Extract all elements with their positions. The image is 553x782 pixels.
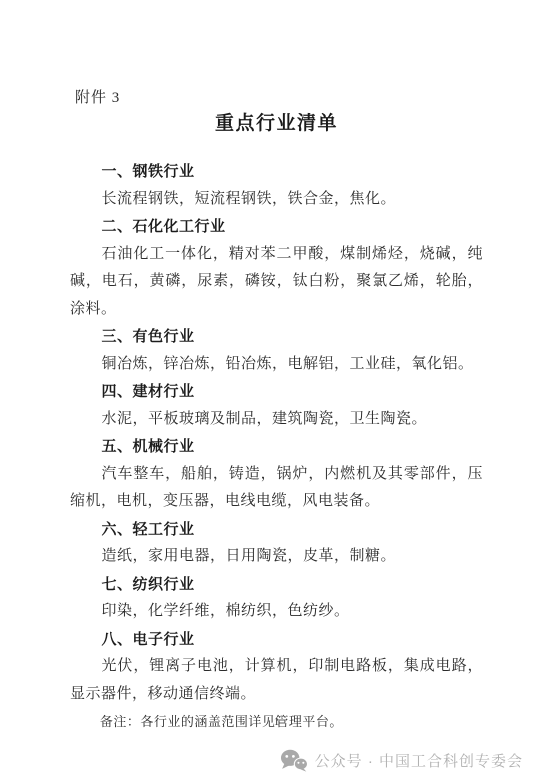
section-heading: 八、电子行业 bbox=[70, 626, 483, 654]
industry-section: 二、石化化工行业 石油化工一体化，精对苯二甲酸，煤制烯烃，烧碱，纯碱，电石，黄磷… bbox=[70, 213, 483, 323]
section-heading: 四、建材行业 bbox=[70, 378, 483, 406]
section-body: 铜冶炼，锌冶炼，铅冶炼，电解铝，工业硅，氧化铝。 bbox=[70, 351, 483, 379]
industry-section: 六、轻工行业 造纸，家用电器，日用陶瓷，皮革，制糖。 bbox=[70, 516, 483, 571]
wechat-icon bbox=[280, 749, 308, 772]
industry-section: 四、建材行业 水泥，平板玻璃及制品，建筑陶瓷，卫生陶瓷。 bbox=[70, 378, 483, 433]
watermark: 公众号 · 中国工合科创专委会 bbox=[280, 749, 523, 772]
section-body: 石油化工一体化，精对苯二甲酸，煤制烯烃，烧碱，纯碱，电石，黄磷，尿素，磷铵，钛白… bbox=[70, 241, 483, 324]
document-body: 一、钢铁行业 长流程钢铁，短流程钢铁，铁合金，焦化。 二、石化化工行业 石油化工… bbox=[70, 158, 483, 736]
attachment-label: 附件 3 bbox=[75, 86, 120, 107]
industry-section: 八、电子行业 光伏，锂离子电池，计算机，印制电路板，集成电路，显示器件，移动通信… bbox=[70, 626, 483, 709]
watermark-text: 公众号 · 中国工合科创专委会 bbox=[315, 750, 523, 771]
page-number: 1 bbox=[0, 716, 553, 728]
section-heading: 一、钢铁行业 bbox=[70, 158, 483, 186]
section-body: 光伏，锂离子电池，计算机，印制电路板，集成电路，显示器件，移动通信终端。 bbox=[70, 653, 483, 708]
section-body: 汽车整车，船舶，铸造，锅炉，内燃机及其零部件，压缩机，电机，变压器，电线电缆，风… bbox=[70, 461, 483, 516]
industry-section: 五、机械行业 汽车整车，船舶，铸造，锅炉，内燃机及其零部件，压缩机，电机，变压器… bbox=[70, 433, 483, 516]
document-title: 重点行业清单 bbox=[0, 108, 553, 135]
section-body: 印染，化学纤维，棉纺织，色纺纱。 bbox=[70, 598, 483, 626]
industry-section: 一、钢铁行业 长流程钢铁，短流程钢铁，铁合金，焦化。 bbox=[70, 158, 483, 213]
section-heading: 六、轻工行业 bbox=[70, 516, 483, 544]
section-heading: 三、有色行业 bbox=[70, 323, 483, 351]
industry-section: 七、纺织行业 印染，化学纤维，棉纺织，色纺纱。 bbox=[70, 571, 483, 626]
industry-section: 三、有色行业 铜冶炼，锌冶炼，铅冶炼，电解铝，工业硅，氧化铝。 bbox=[70, 323, 483, 378]
section-heading: 七、纺织行业 bbox=[70, 571, 483, 599]
section-heading: 五、机械行业 bbox=[70, 433, 483, 461]
document-page: 附件 3 重点行业清单 一、钢铁行业 长流程钢铁，短流程钢铁，铁合金，焦化。 二… bbox=[0, 0, 553, 782]
section-body: 长流程钢铁，短流程钢铁，铁合金，焦化。 bbox=[70, 186, 483, 214]
section-body: 造纸，家用电器，日用陶瓷，皮革，制糖。 bbox=[70, 543, 483, 571]
section-body: 水泥，平板玻璃及制品，建筑陶瓷，卫生陶瓷。 bbox=[70, 406, 483, 434]
section-heading: 二、石化化工行业 bbox=[70, 213, 483, 241]
